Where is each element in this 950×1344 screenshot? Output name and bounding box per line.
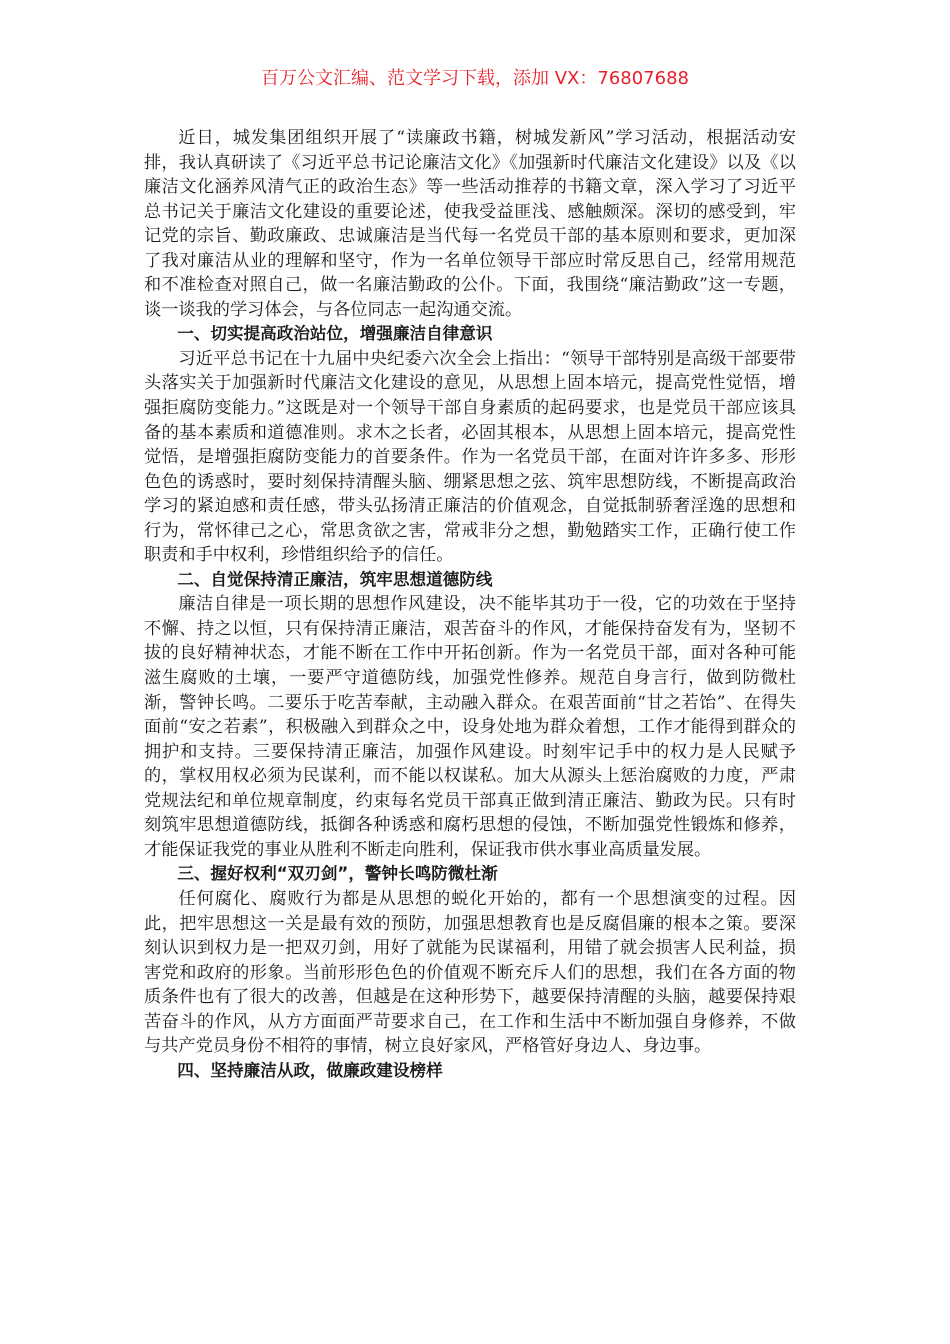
section-body-1: 习近平总书记在十九届中央纪委六次全会上指出：“领导干部特别是高级干部要带头落实关… <box>144 347 796 568</box>
section-heading-4: 四、坚持廉洁从政，做廉政建设榜样 <box>144 1059 796 1084</box>
document-body: 近日，城发集团组织开展了“读廉政书籍，树城发新风”学习活动，根据活动安排，我认真… <box>144 126 796 1083</box>
watermark-banner: 百万公文汇编、范文学习下载，添加 VX：76807688 <box>0 66 950 92</box>
section-heading-2: 二、自觉保持清正廉洁，筑牢思想道德防线 <box>144 568 796 593</box>
section-body-2: 廉洁自律是一项长期的思想作风建设，决不能毕其功于一役，它的功效在于坚持不懈、持之… <box>144 592 796 862</box>
section-heading-1: 一、切实提高政治站位，增强廉洁自律意识 <box>144 322 796 347</box>
section-heading-3: 三、握好权利“双刃剑”，警钟长鸣防微杜渐 <box>144 862 796 887</box>
intro-paragraph: 近日，城发集团组织开展了“读廉政书籍，树城发新风”学习活动，根据活动安排，我认真… <box>144 126 796 322</box>
section-body-3: 任何腐化、腐败行为都是从思想的蜕化开始的，都有一个思想演变的过程。因此，把牢思想… <box>144 887 796 1059</box>
